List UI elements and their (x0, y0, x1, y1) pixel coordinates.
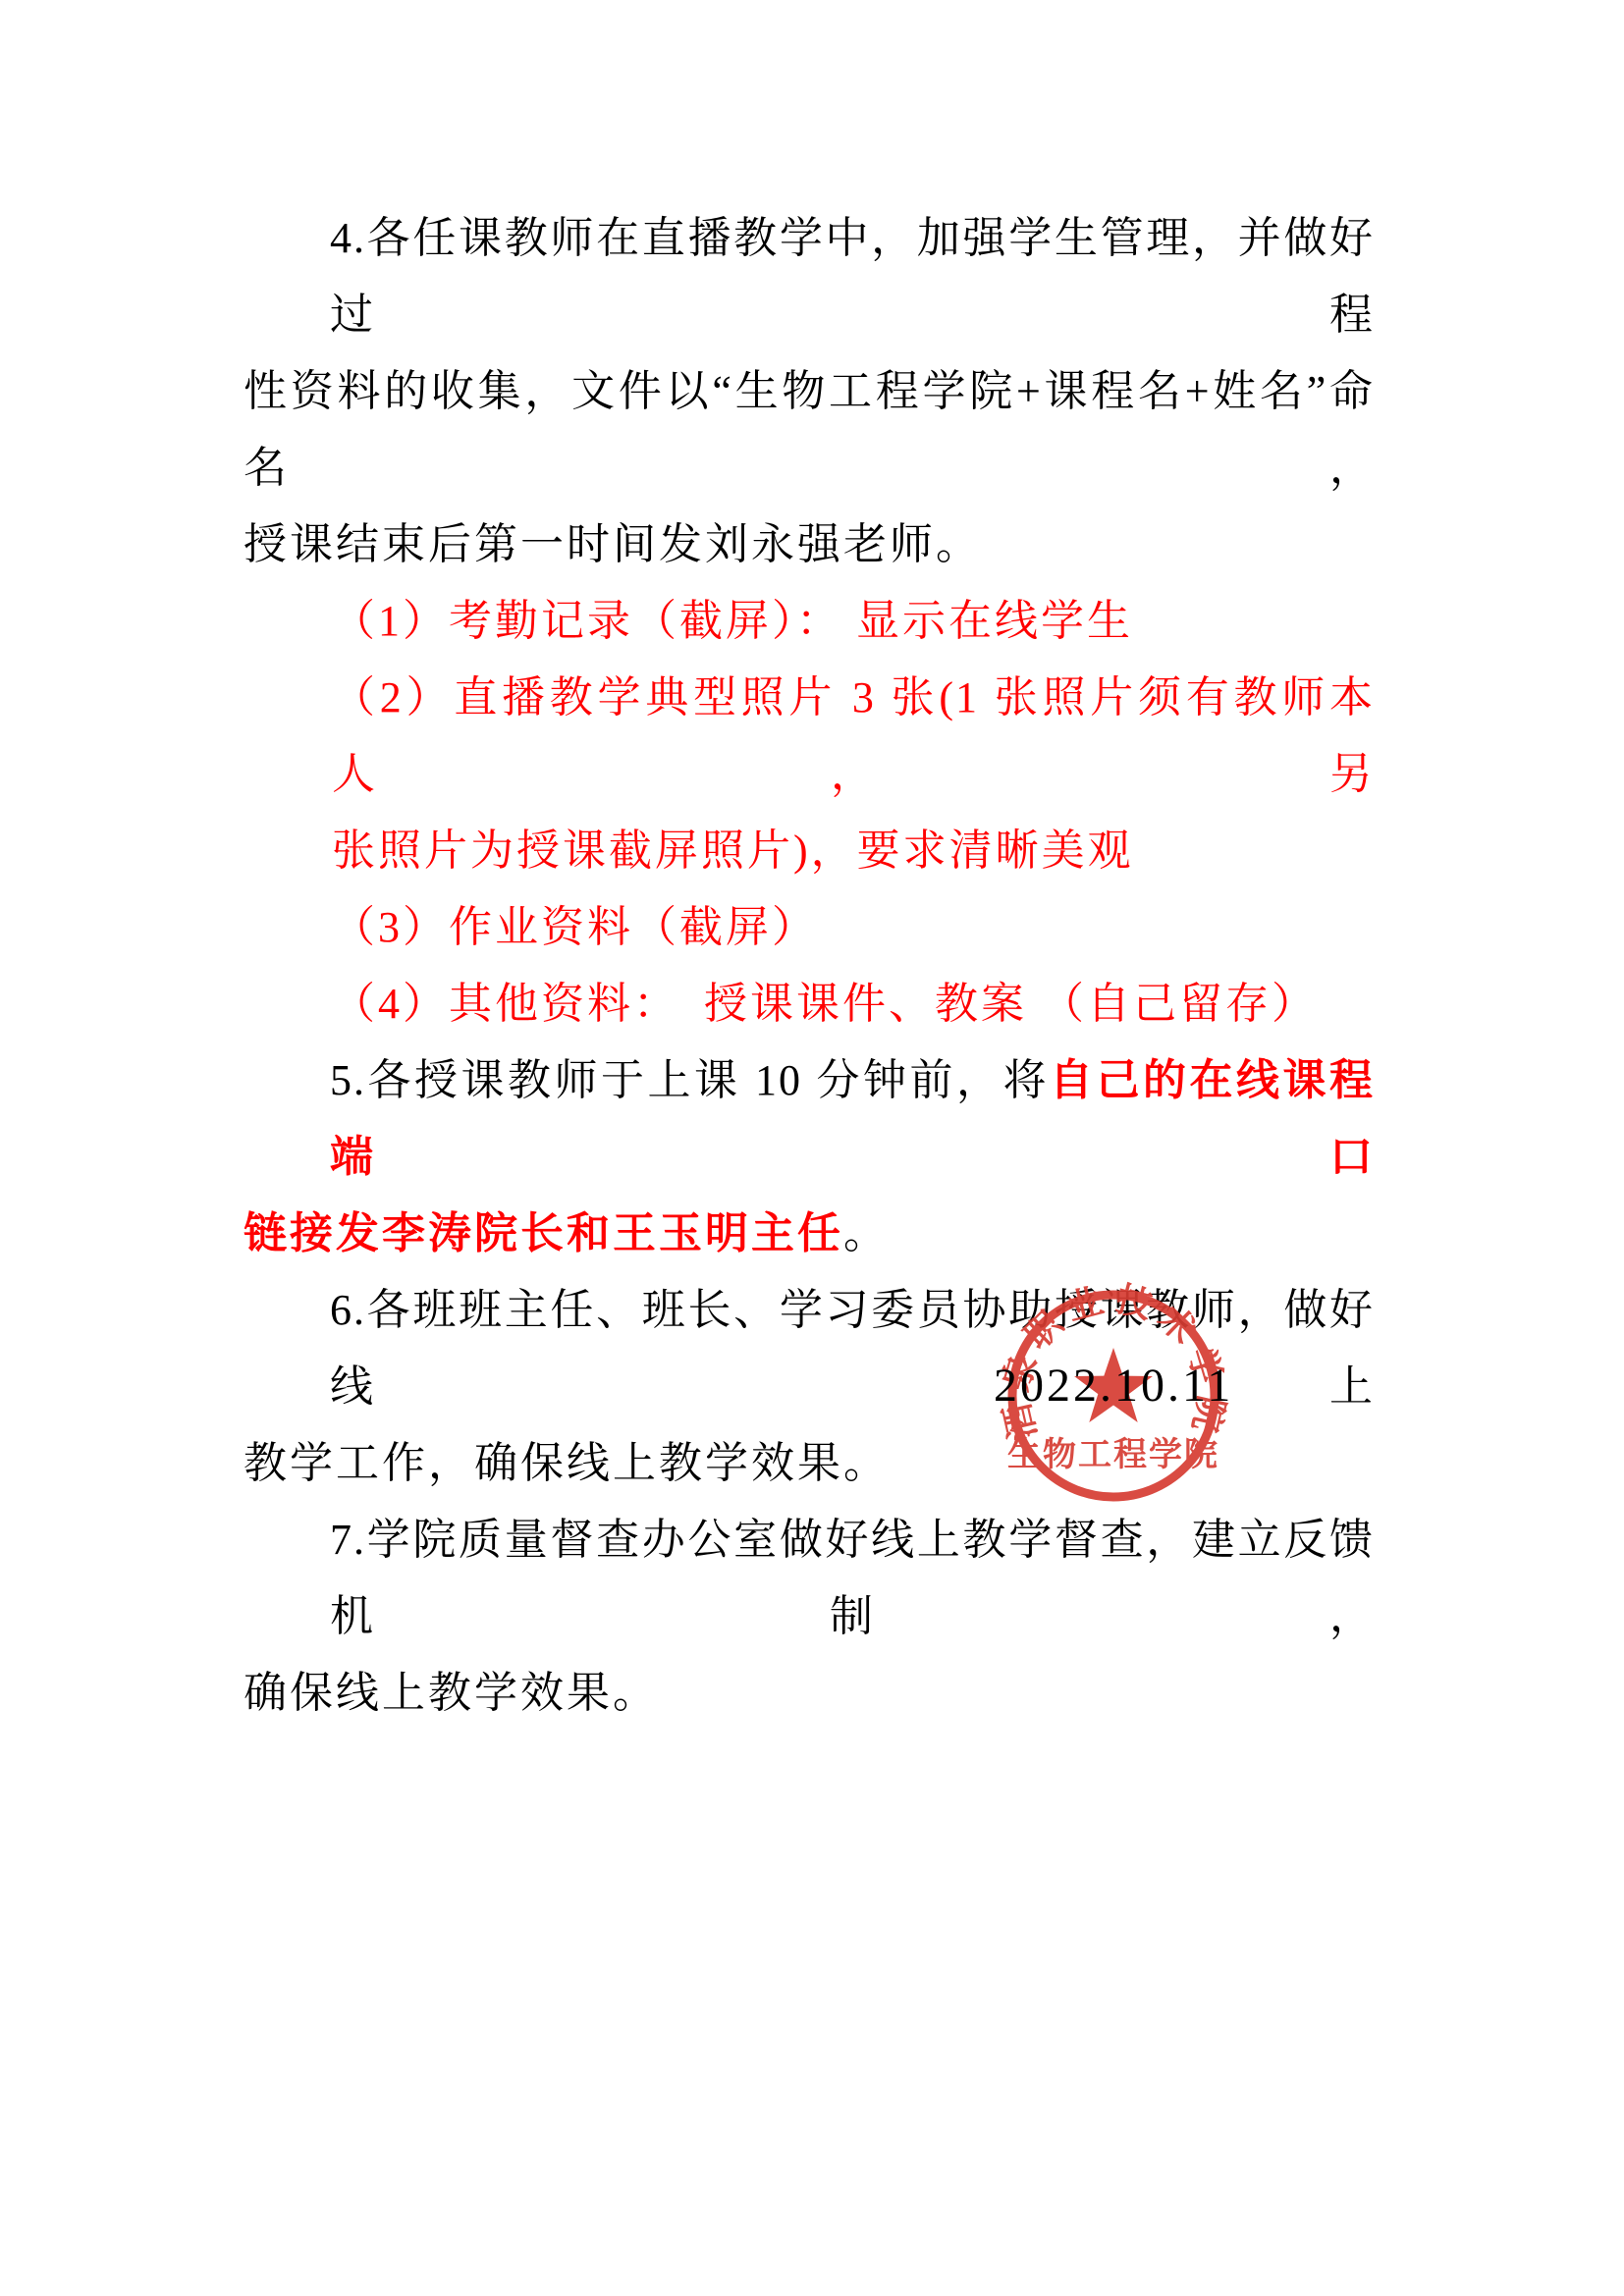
document-page: 4.各任课教师在直播教学中，加强学生管理，并做好过程性资料的收集，文件以“生物工… (0, 0, 1624, 2296)
text-segment: （4）其他资料： 授课课件、教案 （自己留存） (332, 980, 1318, 1028)
text-segment: 确保线上教学效果。 (244, 1669, 659, 1717)
text-segment: 5.各授课教师于上课 10 分钟前，将 (330, 1056, 1050, 1104)
text-line: （3）作业资料（截屏） (244, 889, 1375, 966)
text-segment: 授课结束后第一时间发刘永强老师。 (244, 520, 982, 568)
text-line: 链接发李涛院长和王玉明主任。 (244, 1196, 1375, 1272)
text-line: 张照片为授课截屏照片)，要求清晰美观 (244, 813, 1375, 889)
text-line: （1）考勤记录（截屏）： 显示在线学生 (244, 583, 1375, 660)
text-segment: （1）考勤记录（截屏）： 显示在线学生 (332, 597, 1133, 645)
text-segment: 性资料的收集，文件以“生物工程学院+课程名+姓名”命名， (244, 367, 1375, 492)
text-line: （4）其他资料： 授课课件、教案 （自己留存） (244, 966, 1375, 1042)
text-segment: 教学工作，确保线上教学效果。 (244, 1439, 890, 1487)
text-line: 性资料的收集，文件以“生物工程学院+课程名+姓名”命名， (244, 353, 1375, 507)
text-line: 确保线上教学效果。 (244, 1655, 1375, 1732)
text-line: 7.学院质量督查办公室做好线上教学督查，建立反馈机制， (244, 1502, 1375, 1655)
text-segment: （3）作业资料（截屏） (332, 903, 818, 951)
date-text: 2022.10.11 (994, 1362, 1229, 1410)
text-segment: 7.学院质量督查办公室做好线上教学督查，建立反馈机制， (330, 1516, 1375, 1640)
text-line: 5.各授课教师于上课 10 分钟前，将自己的在线课程端口 (244, 1042, 1375, 1196)
text-line: 授课结束后第一时间发刘永强老师。 (244, 507, 1375, 583)
text-segment: 。 (843, 1209, 890, 1257)
seal-bottom-text: 生物工程学院 (1007, 1436, 1219, 1473)
text-segment: 链接发李涛院长和王玉明主任 (244, 1209, 843, 1257)
text-line: 4.各任课教师在直播教学中，加强学生管理，并做好过程 (244, 200, 1375, 353)
text-line: （2）直播教学典型照片 3 张(1 张照片须有教师本人，另 (244, 660, 1375, 813)
text-segment: 4.各任课教师在直播教学中，加强学生管理，并做好过程 (330, 214, 1375, 339)
text-segment: （2）直播教学典型照片 3 张(1 张照片须有教师本人，另 (332, 673, 1375, 798)
text-segment: 张照片为授课截屏照片)，要求清晰美观 (332, 827, 1134, 875)
